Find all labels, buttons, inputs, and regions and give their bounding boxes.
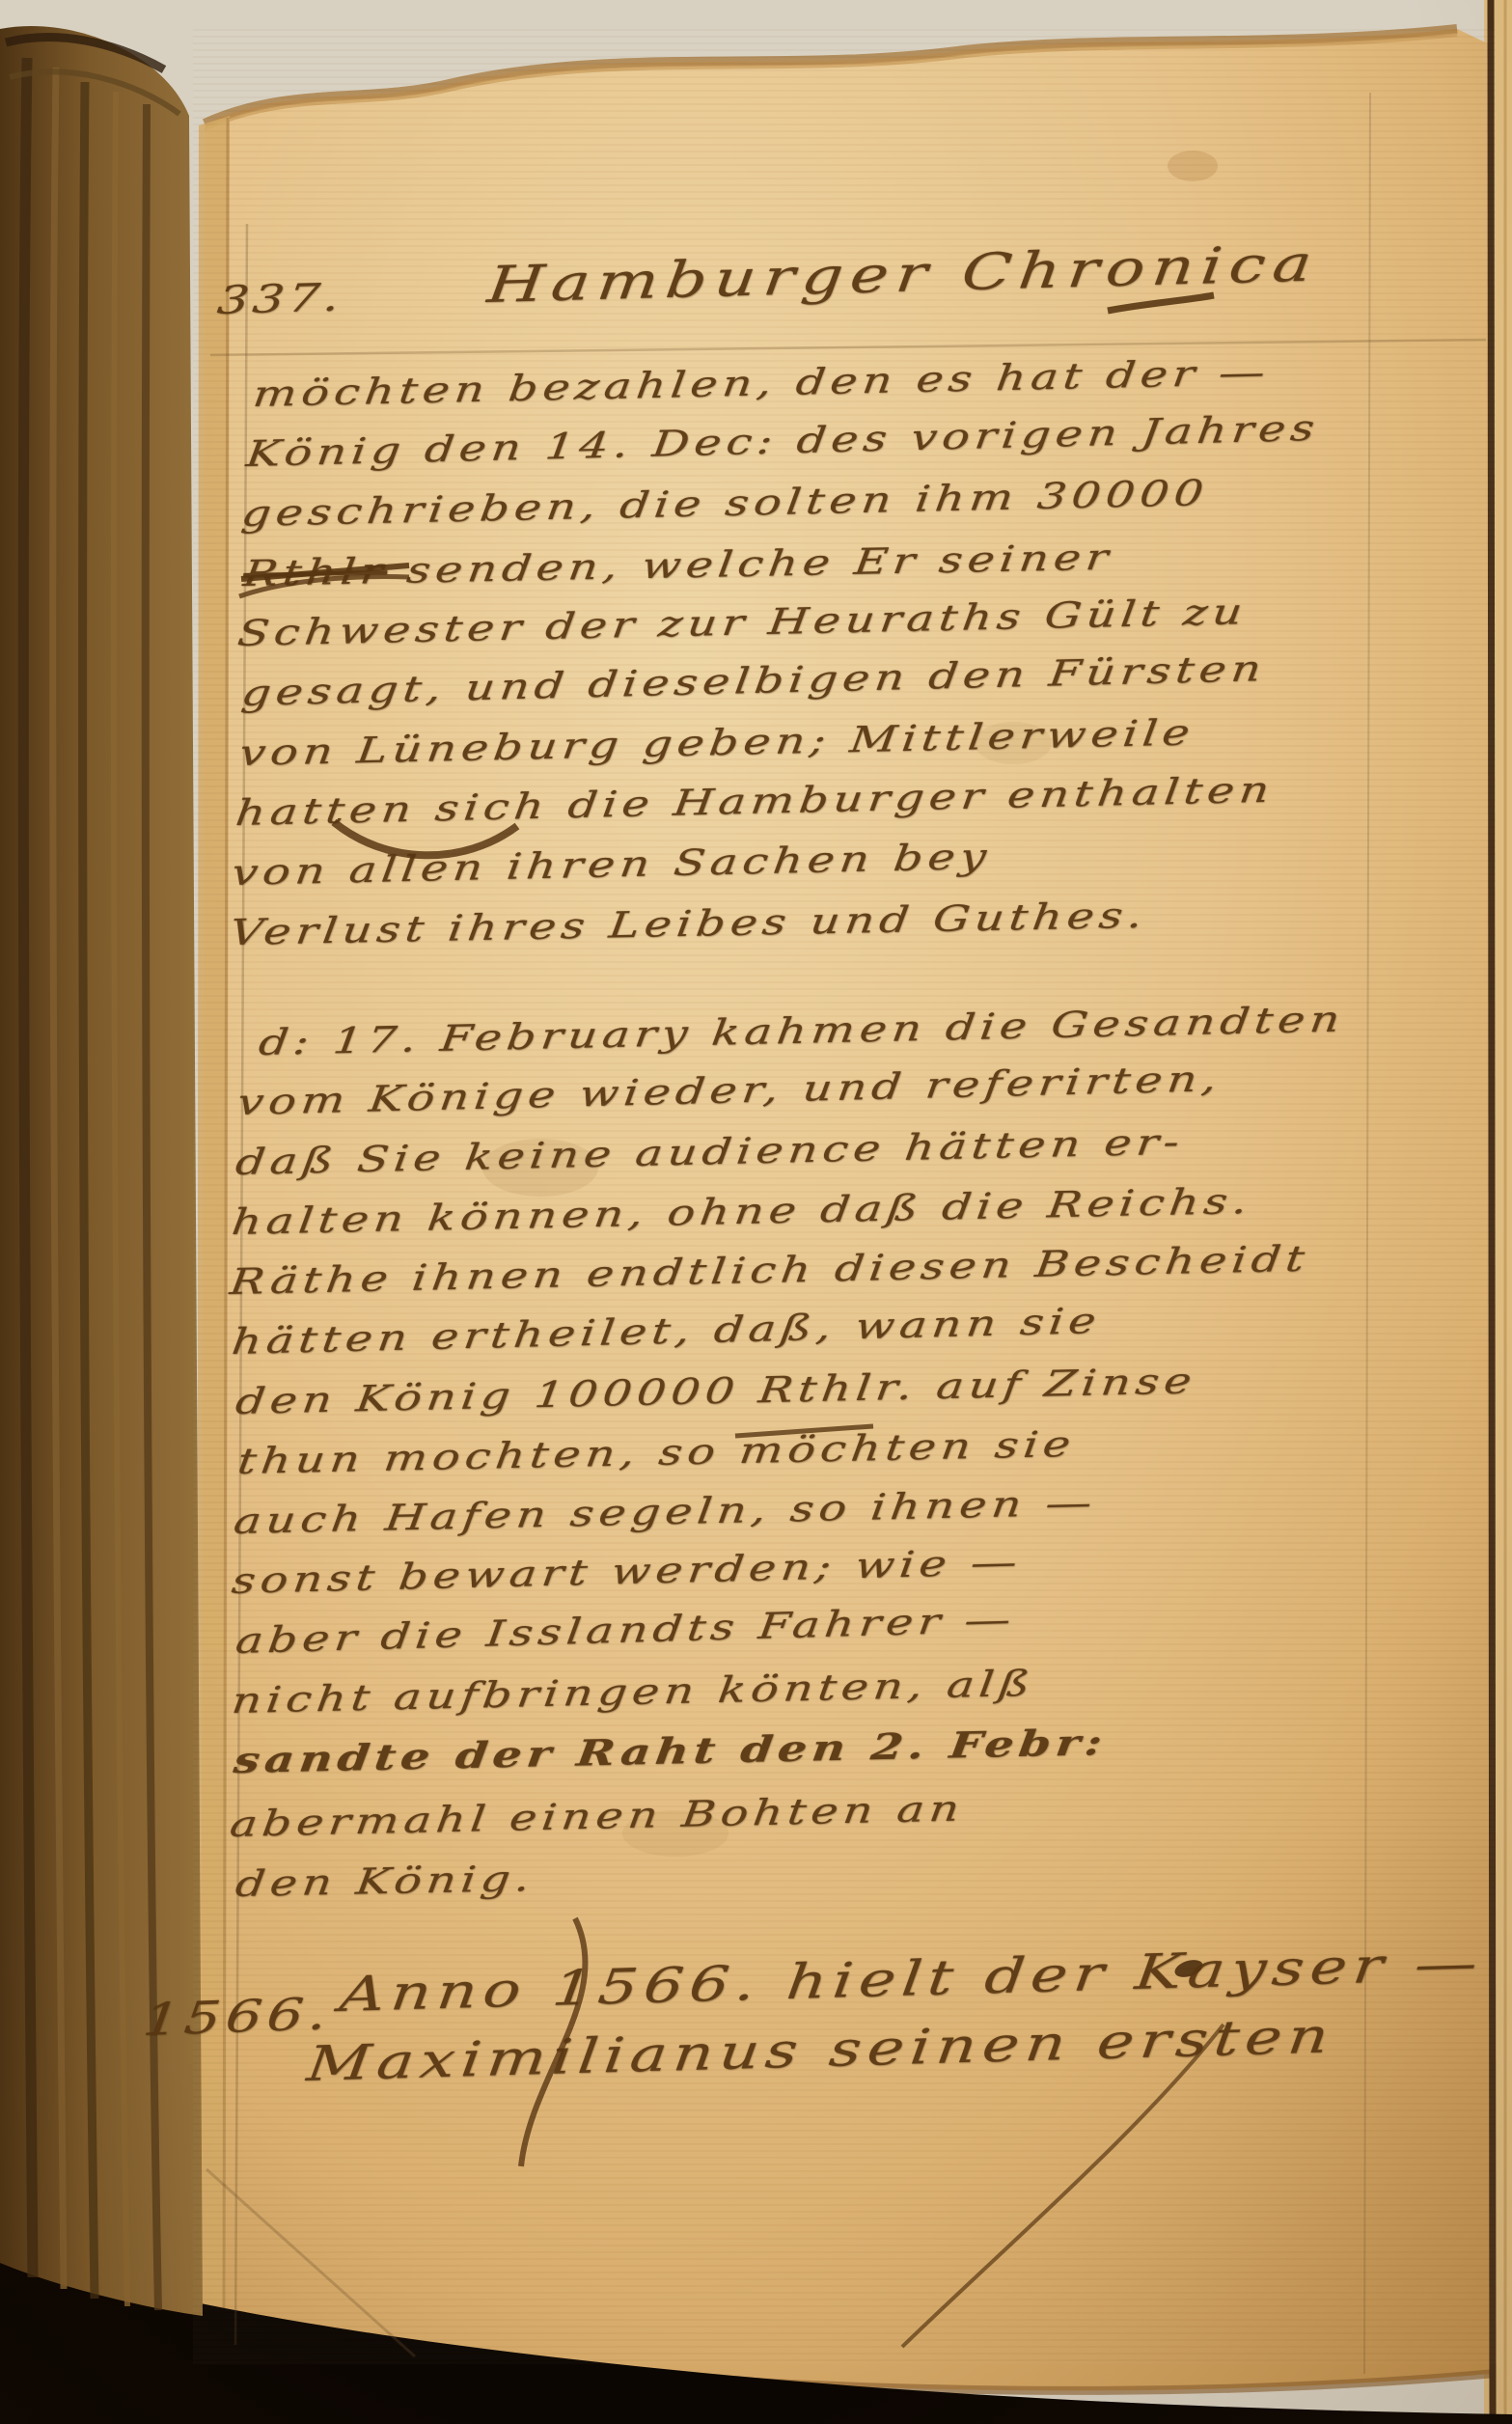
manuscript-line: möchten bezahlen, den es hat der — — [251, 354, 1272, 412]
manuscript-line: d: 17. February kahmen die Gesandten — [257, 1002, 1346, 1060]
manuscript-line: Verlust ihres Leibes und Guthes. — [228, 897, 1149, 950]
manuscript-line: König den 14. Dec: des vorigen Jahres — [244, 410, 1321, 472]
manuscript-line: aber die Isslandts Fahrer — — [234, 1602, 1017, 1659]
entry-line: Anno 1566. hielt der Kayser — — [338, 1939, 1486, 2019]
page-title: Hamburger Chronica — [485, 239, 1322, 311]
manuscript-line: Räthe ihnen endtlich diesen Bescheidt — [228, 1241, 1311, 1300]
manuscript-line: den König 100000 Rthlr. auf Zinse — [234, 1363, 1198, 1419]
manuscript-line: nicht aufbringen könten, alß — [230, 1666, 1036, 1719]
handwriting-layer: 337. Hamburger Chronica möchten bezahlen… — [0, 0, 1512, 2424]
manuscript-line: auch Hafen segeln, so ihnen — — [232, 1485, 1098, 1539]
manuscript-line: sandte der Raht den 2. Febr: — [232, 1724, 1109, 1778]
manuscript-line: hatten sich die Hamburger enthalten — [234, 772, 1276, 831]
manuscript-photo: 337. Hamburger Chronica möchten bezahlen… — [0, 0, 1512, 2424]
entry-line: Maximilianus seinen ersten — [305, 2011, 1337, 2088]
manuscript-line: von allen ihren Sachen bey — [230, 839, 993, 891]
folio-number: 337. — [215, 278, 344, 320]
manuscript-line: daß Sie keine audience hätten er- — [234, 1124, 1186, 1180]
manuscript-line: thun mochten, so möchten sie — [235, 1426, 1077, 1479]
manuscript-line: hätten ertheilet, daß, wann sie — [230, 1303, 1103, 1360]
manuscript-line: sonst bewart werden; wie — — [230, 1544, 1024, 1599]
manuscript-line: Rthlrsenden, welche Er seiner — [241, 539, 1114, 592]
manuscript-line: den König. — [234, 1860, 536, 1902]
struck-word: Rthlr — [241, 550, 390, 594]
manuscript-line: geschrieben, die solten ihm 30000 — [239, 475, 1210, 532]
manuscript-line: von Lüneburg geben; Mittlerweile — [237, 714, 1196, 771]
manuscript-line: gesagt, und dieselbigen den Fürsten — [239, 650, 1268, 711]
manuscript-line: halten können, ohne daß die Reichs. — [230, 1183, 1253, 1240]
margin-year: 1566. — [141, 1991, 334, 2042]
manuscript-line: Schwester der zur Heuraths Gült zu — [235, 593, 1249, 651]
manuscript-line: vom Könige wieder, und referirten, — [235, 1060, 1223, 1120]
manuscript-line: abermahl einen Bohten an — [228, 1790, 966, 1842]
line-text: senden, welche Er seiner — [404, 537, 1114, 592]
